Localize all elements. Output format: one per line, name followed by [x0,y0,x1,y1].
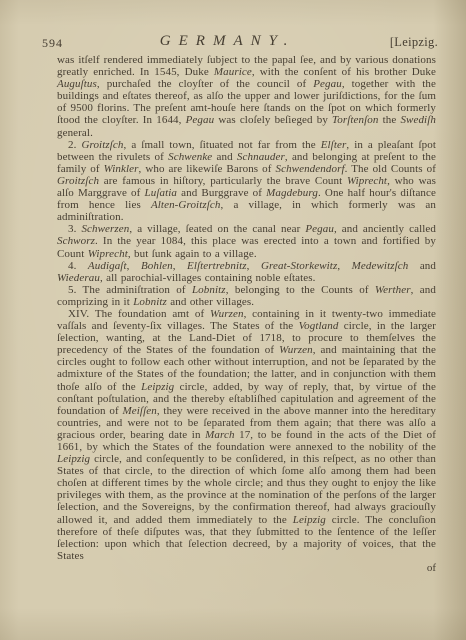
page-text: was itſelf rendered immediately ſubject … [57,54,436,574]
page-number: 594 [42,36,63,51]
paragraph-item-2: 2. Groitzſch, a ſmall town, ſituated not… [57,139,436,224]
running-title: GERMANY. [160,33,296,50]
paragraph-section-xiv: XIV. The foundation amt of Wurzen, conta… [57,308,436,562]
paragraph-item-4: 4. Audigaſt, Bohlen, Elſtertrebnitz, Gre… [57,260,436,284]
catchword: of [57,562,436,574]
paragraph-item-5: 5. The adminiſtration of Lobnitz, belong… [57,284,436,308]
page-header: 594 GERMANY. [Leipzig. [0,33,466,53]
section-label: [Leipzig. [390,35,438,50]
paragraph-continuation: was itſelf rendered immediately ſubject … [57,54,436,139]
paragraph-item-3: 3. Schwerzen, a village, ſeated on the c… [57,223,436,259]
book-page: 594 GERMANY. [Leipzig. was itſelf render… [0,0,466,640]
